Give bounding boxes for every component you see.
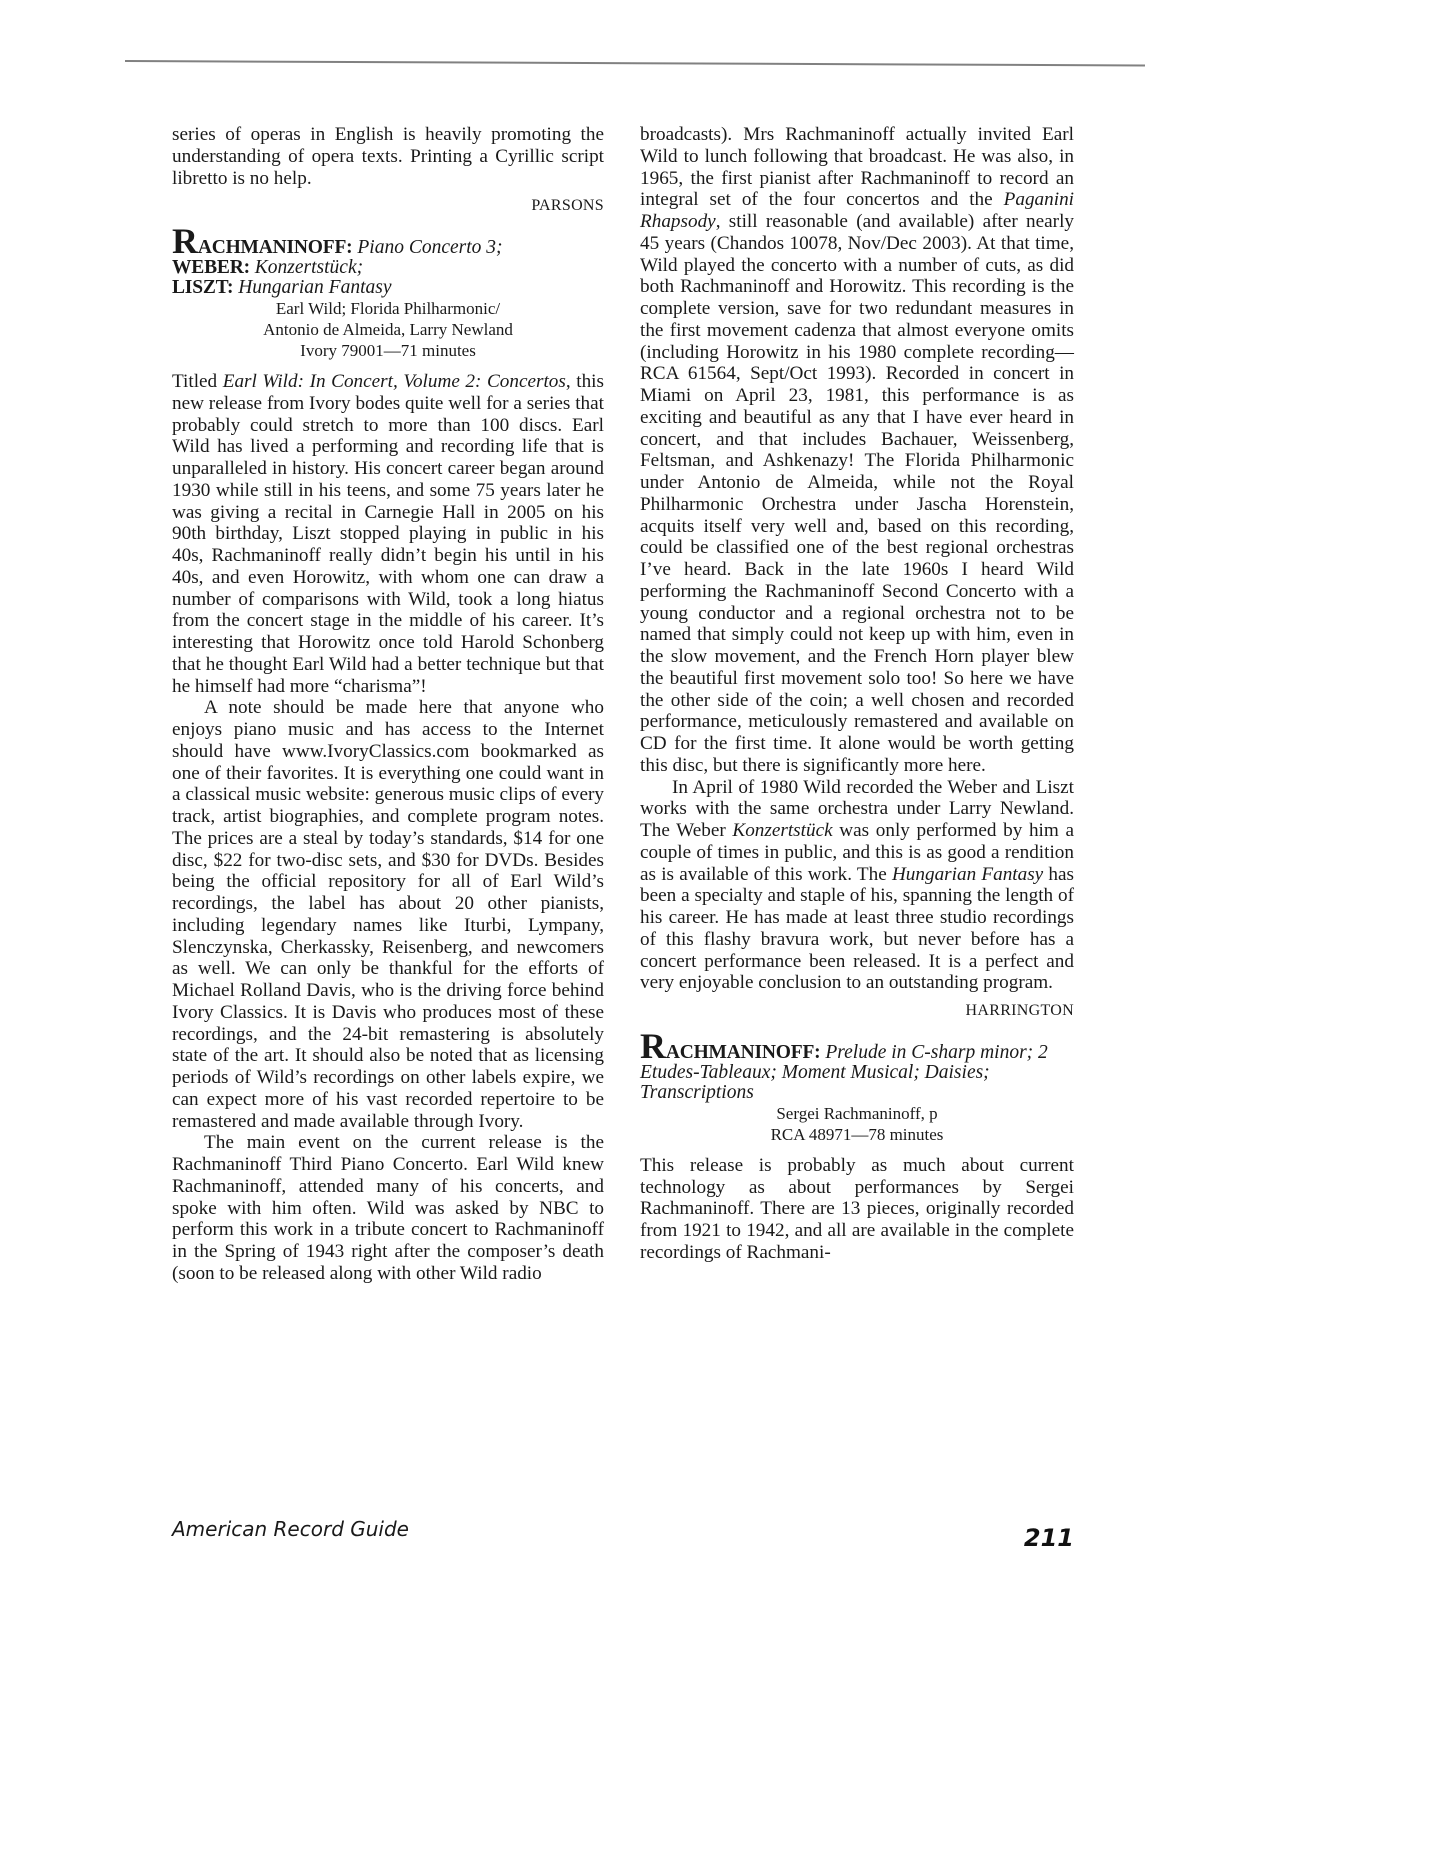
performers: Sergei Rachmaninoff, p — [640, 1103, 1074, 1124]
page-number: 211 — [1010, 1524, 1074, 1552]
heading-line-1: RACHMANINOFF: Piano Concerto 3; — [172, 231, 604, 258]
album-title: Earl Wild: In Concert, Volume 2: Concert… — [223, 371, 566, 392]
publication-name: American Record Guide — [172, 1517, 409, 1541]
work-title: Konzertstück — [732, 820, 832, 841]
review-paragraph: This release is probably as much about c… — [640, 1155, 1074, 1264]
left-column: series of operas in English is heavily p… — [172, 124, 604, 1285]
heading-line-3: LISZT: Hungarian Fantasy — [172, 278, 604, 298]
review-heading: RACHMANINOFF: Piano Concerto 3; WEBER: K… — [172, 231, 604, 298]
top-rule — [125, 60, 1145, 66]
work-title: Hungarian Fantasy — [892, 864, 1043, 885]
recording-credits: Earl Wild; Florida Philharmonic/ Antonio… — [172, 298, 604, 361]
work-title: Konzertstück; — [250, 257, 363, 278]
work-title: Piano Concerto 3; — [352, 237, 502, 258]
recording-credits: Sergei Rachmaninoff, p RCA 48971—78 minu… — [640, 1103, 1074, 1145]
performers: Earl Wild; Florida Philharmonic/ — [172, 298, 604, 319]
work-title: Hungarian Fantasy — [233, 277, 391, 298]
review-paragraph: Titled Earl Wild: In Concert, Volume 2: … — [172, 371, 604, 697]
label-catalog: RCA 48971—78 minutes — [640, 1124, 1074, 1145]
review-paragraph: In April of 1980 Wild recorded the Weber… — [640, 777, 1074, 995]
reviewer-signature: HARRINGTON — [640, 1000, 1074, 1022]
composer-name: ACHMANINOFF: — [666, 1042, 821, 1063]
conductors: Antonio de Almeida, Larry Newland — [172, 319, 604, 340]
label-catalog: Ivory 79001—71 minutes — [172, 340, 604, 361]
review-heading: RACHMANINOFF: Prelude in C-sharp minor; … — [640, 1036, 1074, 1103]
review-paragraph: The main event on the current release is… — [172, 1132, 604, 1284]
heading-line-2: WEBER: Konzertstück; — [172, 258, 604, 278]
composer-name: WEBER: — [172, 257, 250, 278]
right-column: broadcasts). Mrs Rachmaninoff actually i… — [640, 124, 1074, 1264]
reviewer-signature: PARSONS — [172, 195, 604, 217]
composer-name: LISZT: — [172, 277, 233, 298]
drop-initial: R — [172, 221, 198, 261]
review-paragraph: A note should be made here that anyone w… — [172, 697, 604, 1132]
intro-paragraph: series of operas in English is heavily p… — [172, 124, 604, 189]
composer-name: ACHMANINOFF: — [198, 237, 353, 258]
drop-initial: R — [640, 1026, 666, 1066]
review-paragraph-continued: broadcasts). Mrs Rachmaninoff actually i… — [640, 124, 1074, 777]
